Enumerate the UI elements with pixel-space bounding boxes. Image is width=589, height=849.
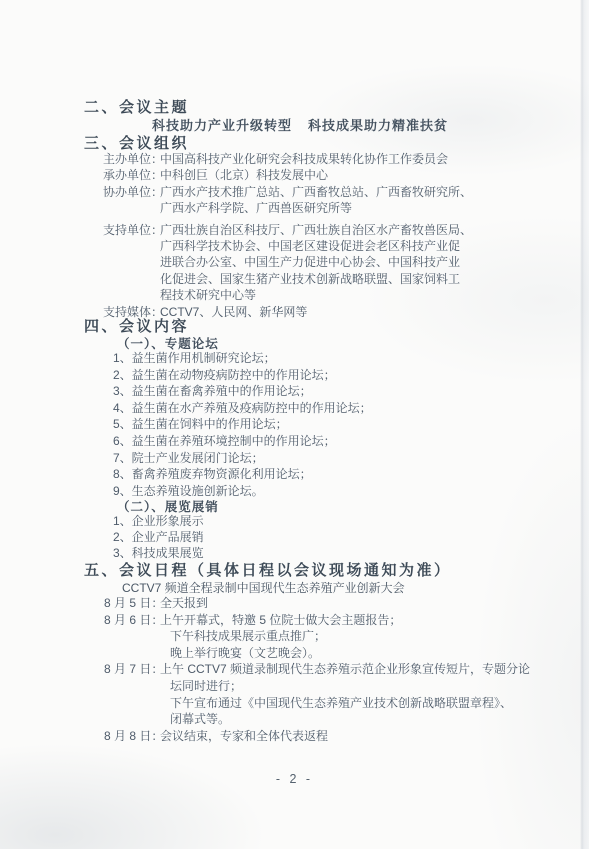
entry-label: 承办单位： (103, 167, 160, 183)
forum-item: 2、益生菌在动物疫病防控中的作用论坛； (113, 367, 372, 384)
day-text: 下午宣布通过《中国现代生态养殖产业技术创新战略联盟章程》、 (170, 695, 530, 712)
entry-text: 程技术研究中心等 (160, 287, 472, 303)
day-label: 8 月 7 日： (104, 661, 160, 678)
forum-item: 5、益生菌在饲料中的作用论坛； (113, 416, 372, 433)
day-text: 闭幕式等。 (170, 711, 530, 728)
org-entry-undertaker: 承办单位：中科创巨（北京）科技发展中心 (103, 167, 472, 183)
day-text: 全天报到 (160, 596, 208, 610)
day-label: 8 月 6 日： (104, 612, 160, 629)
entry-text: 化促进会、国家生猪产业技术创新战略联盟、国家饲料工 (160, 271, 472, 287)
schedule-day-aug6: 8 月 6 日：上午开幕式，特邀 5 位院士做大会主题报告； 下午科技成果展示重… (104, 612, 530, 662)
day-label: 8 月 8 日： (104, 728, 160, 745)
entry-text: 中科创巨（北京）科技发展中心 (160, 168, 328, 182)
entry-text: 广西水产科学院、广西兽医研究所等 (160, 200, 472, 216)
org-entry-coorganizer: 协办单位：广西水产技术推广总站、广西畜牧总站、广西畜牧研究所、 广西水产科学院、… (103, 184, 472, 217)
forum-item: 1、益生菌作用机制研究论坛； (113, 350, 372, 367)
forum-item: 3、益生菌在畜禽养殖中的作用论坛； (113, 383, 372, 400)
theme-slogan-right: 科技成果助力精准扶贫 (308, 118, 448, 133)
schedule-day-aug7: 8 月 7 日：上午 CCTV7 频道录制现代生态养殖示范企业形象宣传短片，专题… (104, 661, 530, 727)
entry-text: 中国高科技产业化研究会科技成果转化协作工作委员会 (160, 152, 448, 166)
entry-text: 广西壮族自治区科技厅、广西壮族自治区水产畜牧兽医局、 (160, 223, 472, 237)
scanned-document-page: 二、会议主题 科技助力产业升级转型科技成果助力精准扶贫 三、会议组织 主办单位：… (0, 0, 589, 849)
forum-item-list: 1、益生菌作用机制研究论坛； 2、益生菌在动物疫病防控中的作用论坛； 3、益生菌… (113, 350, 372, 499)
forum-item: 4、益生菌在水产养殖及疫病防控中的作用论坛； (113, 400, 372, 417)
schedule-day-aug5: 8 月 5 日：全天报到 (104, 595, 530, 612)
page-number: - 2 - (0, 772, 589, 786)
entry-label: 支持单位： (103, 222, 160, 238)
section-heading-theme: 二、会议主题 (84, 96, 189, 117)
day-text: 会议结束，专家和全体代表返程 (160, 729, 328, 743)
forum-item: 8、畜禽养殖废弃物资源化利用论坛； (113, 466, 372, 483)
org-entry-host: 主办单位：中国高科技产业化研究会科技成果转化协作工作委员会 (103, 151, 472, 167)
theme-slogan-line: 科技助力产业升级转型科技成果助力精准扶贫 (152, 115, 448, 134)
entry-text: 进联合办公室、中国生产力促进中心协会、中国科技产业 (160, 254, 472, 270)
entry-label: 协办单位： (103, 184, 160, 200)
forum-item: 7、院士产业发展闭门论坛； (113, 450, 372, 467)
entry-text: 广西水产技术推广总站、广西畜牧总站、广西畜牧研究所、 (160, 185, 472, 199)
schedule-day-list: 8 月 5 日：全天报到 8 月 6 日：上午开幕式，特邀 5 位院士做大会主题… (104, 595, 530, 744)
section-heading-organization: 三、会议组织 (84, 132, 189, 153)
schedule-day-aug8: 8 月 8 日：会议结束，专家和全体代表返程 (104, 728, 530, 745)
day-text: 上午 CCTV7 频道录制现代生态养殖示范企业形象宣传短片，专题分论 (160, 662, 530, 676)
org-entry-supporter: 支持单位：广西壮族自治区科技厅、广西壮族自治区水产畜牧兽医局、 广西科学技术协会… (103, 222, 472, 304)
expo-item: 2、企业产品展销 (113, 529, 204, 545)
expo-item: 1、企业形象展示 (113, 513, 204, 529)
organization-entries: 主办单位：中国高科技产业化研究会科技成果转化协作工作委员会 承办单位：中科创巨（… (103, 151, 472, 320)
day-text: 下午科技成果展示重点推广； (170, 628, 530, 645)
section-heading-content: 四、会议内容 (84, 315, 189, 336)
theme-slogan-left: 科技助力产业升级转型 (152, 118, 292, 133)
day-text: 晚上举行晚宴（文艺晚会）。 (170, 645, 530, 662)
entry-label: 主办单位： (103, 151, 160, 167)
entry-text: 广西科学技术协会、中国老区建设促进会老区科技产业促 (160, 238, 472, 254)
day-text: 坛同时进行； (170, 678, 530, 695)
expo-item-list: 1、企业形象展示 2、企业产品展销 3、科技成果展览 (113, 513, 204, 562)
section-heading-schedule: 五、会议日程（具体日程以会议现场通知为准） (84, 559, 452, 580)
day-text: 上午开幕式，特邀 5 位院士做大会主题报告； (160, 613, 401, 627)
day-label: 8 月 5 日： (104, 595, 160, 612)
schedule-note: CCTV7 频道全程录制中国现代生态养殖产业创新大会 (122, 579, 405, 596)
forum-item: 6、益生菌在养殖环境控制中的作用论坛； (113, 433, 372, 450)
